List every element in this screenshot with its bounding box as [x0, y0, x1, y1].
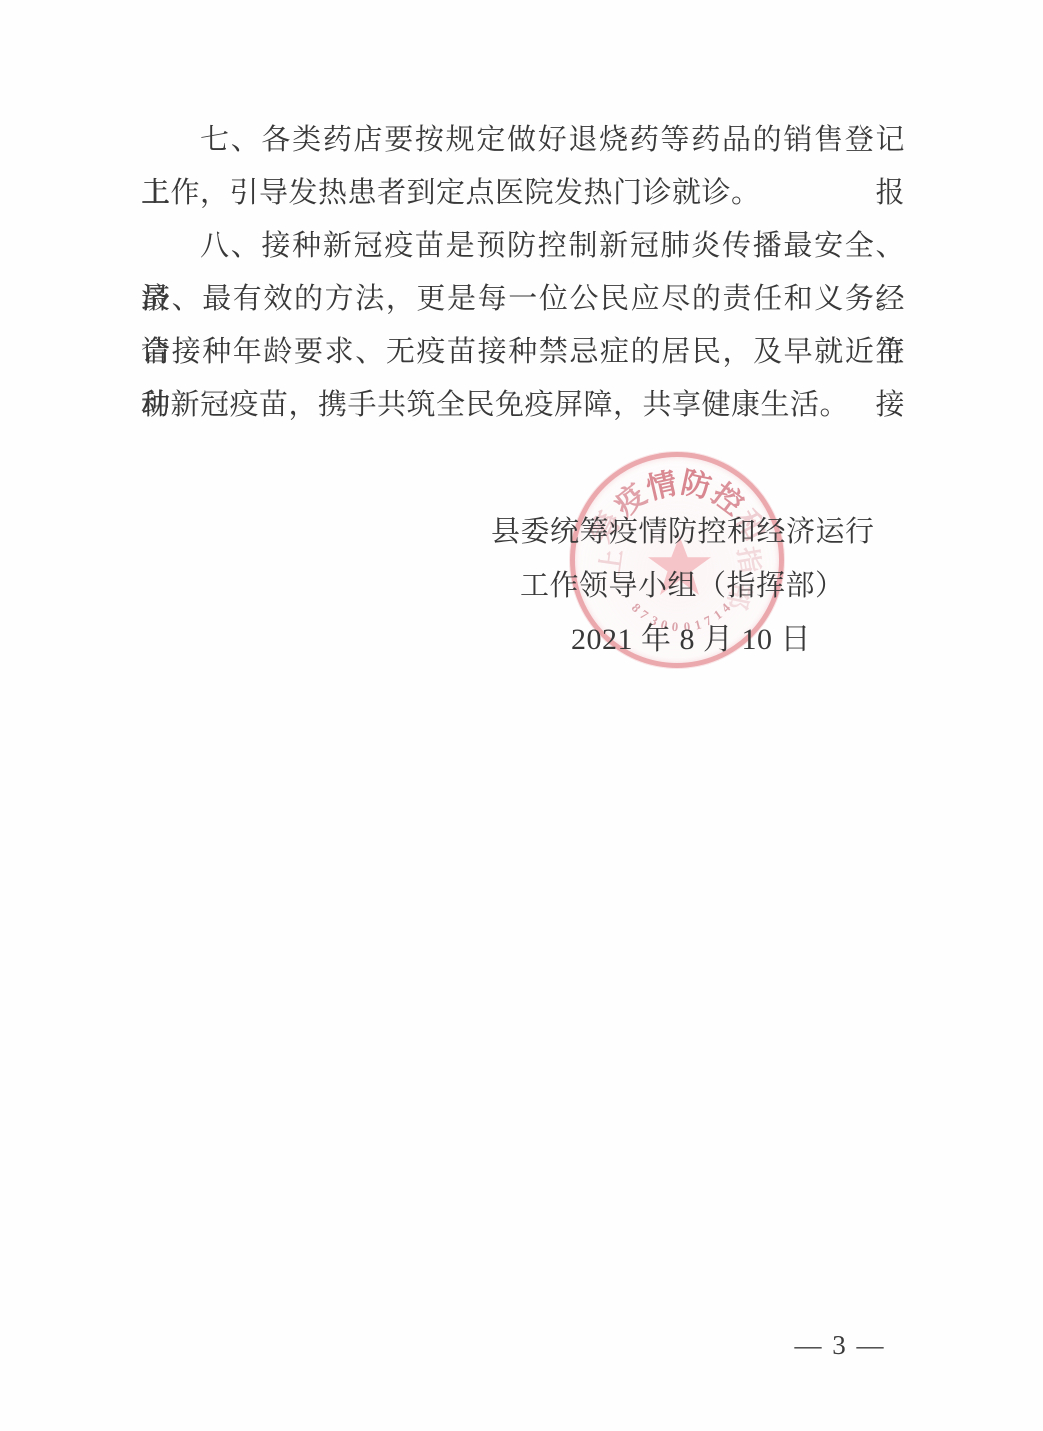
body-line: 合接种年龄要求、无疫苗接种禁忌症的居民，及早就近主动接 — [141, 326, 905, 379]
page-number: — 3 — — [770, 1330, 910, 1361]
body-line: 种新冠疫苗，携手共筑全民免疫屏障，共享健康生活。 — [141, 379, 905, 432]
body-line: 济、最有效的方法，更是每一位公民应尽的责任和义务。请符 — [141, 273, 905, 326]
body-line: 七、各类药店要按规定做好退烧药等药品的销售登记上报 — [141, 114, 905, 167]
signature-org-line-2: 工作领导小组（指挥部） — [520, 566, 845, 606]
signature-date: 2021 年 8 月 10 日 — [571, 620, 811, 660]
signature-org-line-1: 县委统筹疫情防控和经济运行 — [491, 512, 875, 552]
body-text: 七、各类药店要按规定做好退烧药等药品的销售登记上报 工作，引导发热患者到定点医院… — [141, 114, 905, 432]
document-page: 七、各类药店要按规定做好退烧药等药品的销售登记上报 工作，引导发热患者到定点医院… — [0, 0, 1043, 1431]
seal-arc-char: 情 — [644, 469, 680, 505]
body-line: 八、接种新冠疫苗是预防控制新冠肺炎传播最安全、最经 — [141, 220, 905, 273]
